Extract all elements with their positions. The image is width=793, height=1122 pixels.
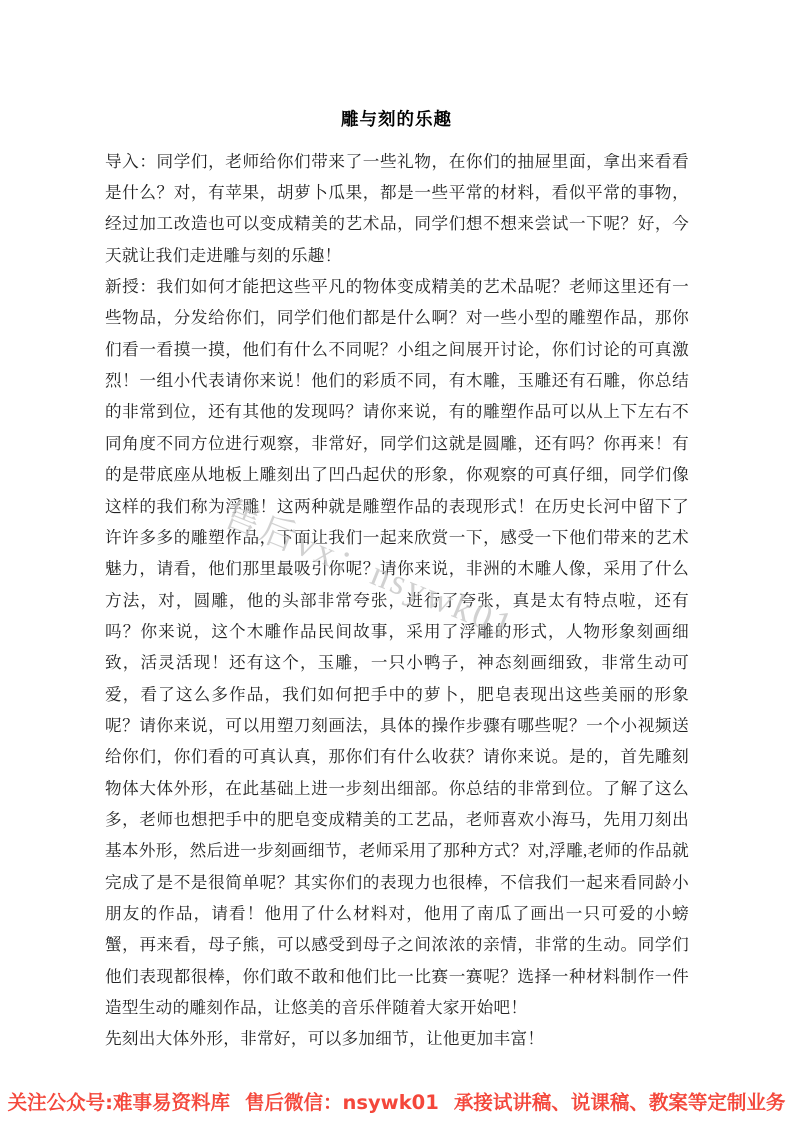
footer-aftersale-wechat: 售后微信：nsywk01 [245,1092,439,1114]
page-title: 雕与刻的乐趣 [0,12,793,132]
footer-services: 承接试讲稿、说课稿、教案等定制业务 [454,1092,786,1114]
document-body: 导入：同学们，老师给你们带来了一些礼物，在你们的抽屉里面，拿出来看看是什么？对，… [105,146,689,1055]
main-teaching-paragraph: 新授：我们如何才能把这些平凡的物体变成精美的艺术品呢？老师这里还有一些物品，分发… [105,271,689,1023]
footer-public-account: 关注公众号:难事易资料库 [8,1092,230,1114]
promo-footer: 关注公众号:难事易资料库 售后微信：nsywk01 承接试讲稿、说课稿、教案等定… [0,1092,793,1114]
closing-line: 先刻出大体外形，非常好，可以多加细节，让他更加丰富！ [105,1023,689,1054]
intro-paragraph: 导入：同学们，老师给你们带来了一些礼物，在你们的抽屉里面，拿出来看看是什么？对，… [105,146,689,271]
document-page: 雕与刻的乐趣 导入：同学们，老师给你们带来了一些礼物，在你们的抽屉里面，拿出来看… [0,0,793,1122]
